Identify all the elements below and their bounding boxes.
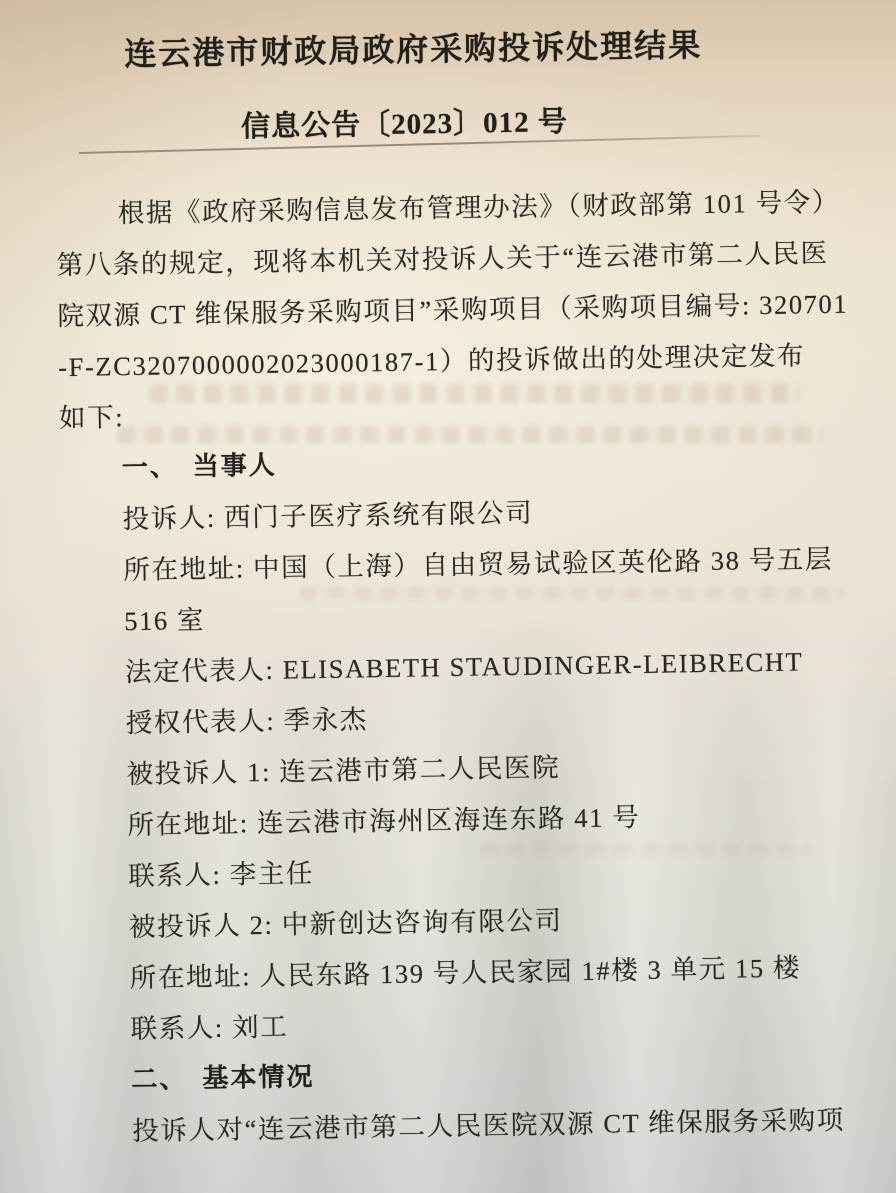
document-title: 连云港市财政局政府采购投诉处理结果 bbox=[0, 18, 834, 77]
document-page: 连云港市财政局政府采购投诉处理结果 信息公告〔2023〕012 号 根据《政府采… bbox=[0, 0, 896, 1193]
document-number: 信息公告〔2023〕012 号 bbox=[0, 95, 815, 149]
document-body: 根据《政府采购信息发布管理办法》（财政部第 101 号令）第八条的规定，现将本机… bbox=[55, 174, 864, 1155]
document-photo: 连云港市财政局政府采购投诉处理结果 信息公告〔2023〕012 号 根据《政府采… bbox=[0, 0, 896, 1193]
